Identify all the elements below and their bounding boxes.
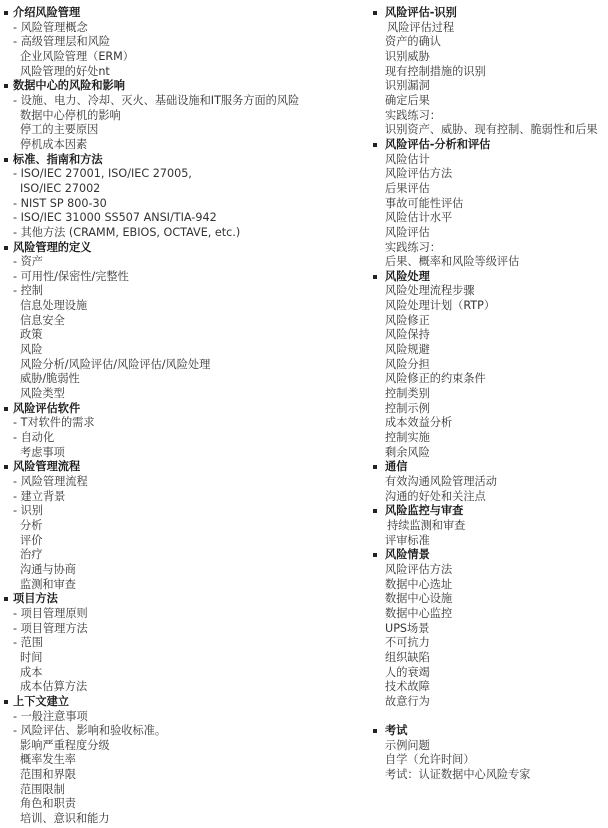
item-text: 风险修正的约束条件 [385, 372, 486, 385]
list-item: 控制实施 [366, 431, 608, 446]
item-text: 数据中心监控 [385, 607, 452, 620]
item-text: 风险评估-识别 [385, 6, 457, 19]
item-text: 自学（允许时间） [385, 753, 475, 766]
list-item: 企业风险管理（ERM） [0, 50, 340, 65]
list-item: - 范围 [0, 636, 340, 651]
list-item: 信息处理设施 [0, 299, 340, 314]
list-item: - 识别 [0, 504, 340, 519]
right-column: 风险评估-识别风险评估过程资产的确认识别威胁现有控制措施的识别识别漏洞确定后果实… [366, 6, 608, 783]
list-item: 监测和审查 [0, 578, 340, 593]
list-item: 概率发生率 [0, 753, 340, 768]
item-text: 通信 [385, 460, 407, 473]
item-text: 考虑事项 [20, 446, 65, 459]
item-text: 风险评估软件 [13, 402, 80, 415]
list-item: - 控制 [0, 284, 340, 299]
item-text: - 高级管理层和风险 [13, 35, 110, 48]
item-text: 剩余风险 [385, 446, 430, 459]
list-item: 信息安全 [0, 314, 340, 329]
list-item: 控制示例 [366, 402, 608, 417]
item-text: 故意行为 [385, 695, 430, 708]
list-item: 停工的主要原因 [0, 123, 340, 138]
item-text: 示例问题 [385, 739, 430, 752]
list-item: 事故可能性评估 [366, 197, 608, 212]
square-bullet-icon [4, 597, 8, 601]
list-item: 组织缺陷 [366, 651, 608, 666]
item-text: 企业风险管理（ERM） [20, 50, 134, 63]
section-heading: 风险处理 [366, 270, 608, 285]
item-text: 不可抗力 [385, 636, 430, 649]
item-text: - 可用性/保密性/完整性 [13, 270, 129, 283]
square-bullet-icon [373, 465, 377, 469]
item-text: 数据中心停机的影响 [20, 109, 121, 122]
section-heading: 项目方法 [0, 592, 340, 607]
item-text: 政策 [20, 328, 42, 341]
list-item: 现有控制措施的识别 [366, 65, 608, 80]
item-text: 信息安全 [20, 314, 65, 327]
list-item: 成本估算方法 [0, 680, 340, 695]
item-text: 风险规避 [385, 343, 430, 356]
item-text: 评审标准 [385, 534, 430, 547]
square-bullet-icon [4, 84, 8, 88]
item-text: 风险 [20, 343, 42, 356]
list-item: 治疗 [0, 548, 340, 563]
item-text: - 资产 [13, 255, 43, 268]
item-text: 确定后果 [385, 94, 430, 107]
list-item: 人的衰竭 [366, 666, 608, 681]
item-text: 持续监测和审查 [387, 519, 465, 532]
list-item: 持续监测和审查 [366, 519, 608, 534]
square-bullet-icon [373, 275, 377, 279]
square-bullet-icon [4, 700, 8, 704]
item-text: 识别漏洞 [385, 79, 430, 92]
item-text: 资产的确认 [385, 35, 441, 48]
list-item: - 一般注意事项 [0, 710, 340, 725]
list-item: 实践练习： [366, 241, 608, 256]
list-item: - 风险管理流程 [0, 475, 340, 490]
list-item: 成本 [0, 666, 340, 681]
item-text: 评价 [20, 534, 42, 547]
square-bullet-icon [4, 407, 8, 411]
list-item: - ISO/IEC 31000 SS507 ANSI/TIA-942 [0, 211, 340, 226]
list-item: - 其他方法 (CRAMM, EBIOS, OCTAVE, etc.) [0, 226, 340, 241]
item-text: 控制类别 [385, 387, 430, 400]
item-text: 风险管理的定义 [13, 241, 91, 254]
list-item: 后果、概率和风险等级评估 [366, 255, 608, 270]
item-text: - 识别 [13, 504, 43, 517]
item-text: 沟通的好处和关注点 [385, 490, 486, 503]
item-text: 标准、指南和方法 [13, 153, 103, 166]
list-item: 数据中心选址 [366, 578, 608, 593]
square-bullet-icon [373, 729, 377, 733]
item-text: - 风险管理概念 [13, 21, 88, 34]
list-item: 风险修正 [366, 314, 608, 329]
item-text: 概率发生率 [20, 753, 76, 766]
square-bullet-icon [4, 11, 8, 15]
list-item: 剩余风险 [366, 446, 608, 461]
item-text: 时间 [20, 651, 42, 664]
item-text: 培训、意识和能力 [20, 812, 110, 825]
list-item: 培训、意识和能力 [0, 812, 340, 827]
item-text: 人的衰竭 [385, 666, 430, 679]
list-item: 考试：认证数据中心风险专家 [366, 768, 608, 783]
item-text: 现有控制措施的识别 [385, 65, 486, 78]
list-item: - 设施、电力、冷却、灭火、基础设施和IT服务方面的风险 [0, 94, 340, 109]
item-text: 数据中心选址 [385, 578, 452, 591]
section-heading: 风险情景 [366, 548, 608, 563]
item-text: 停工的主要原因 [20, 123, 98, 136]
item-text: 沟通与协商 [20, 563, 76, 576]
item-text: 风险处理计划（RTP） [385, 299, 495, 312]
list-item: - 项目管理方法 [0, 622, 340, 637]
item-text: - 一般注意事项 [13, 710, 88, 723]
list-item: 后果评估 [366, 182, 608, 197]
item-text: 分析 [20, 519, 42, 532]
item-text: 风险评估 [385, 226, 430, 239]
item-text: 考试 [385, 724, 407, 737]
square-bullet-icon [373, 553, 377, 557]
list-item: 识别资产、威胁、现有控制、脆弱性和后果 [366, 123, 608, 138]
item-text: - 其他方法 (CRAMM, EBIOS, OCTAVE, etc.) [13, 226, 240, 239]
item-text: 风险情景 [385, 548, 430, 561]
item-text: 成本估算方法 [20, 680, 87, 693]
list-item: 时间 [0, 651, 340, 666]
list-item: 自学（允许时间） [366, 753, 608, 768]
item-text: - 范围 [13, 636, 43, 649]
item-text: 治疗 [20, 548, 42, 561]
item-text: 风险评估方法 [385, 563, 452, 576]
list-item: 数据中心停机的影响 [0, 109, 340, 124]
item-text: 风险类型 [20, 387, 65, 400]
list-item: 有效沟通风险管理活动 [366, 475, 608, 490]
list-item: - 建立背景 [0, 490, 340, 505]
item-text: 信息处理设施 [20, 299, 87, 312]
item-text: - 控制 [13, 284, 43, 297]
list-item: - 资产 [0, 255, 340, 270]
item-text: 识别威胁 [385, 50, 430, 63]
section-heading: 风险评估软件 [0, 402, 340, 417]
item-text: 后果评估 [385, 182, 430, 195]
list-item: 分析 [0, 519, 340, 534]
item-text: 影响严重程度分级 [20, 739, 110, 752]
list-item: 风险处理计划（RTP） [366, 299, 608, 314]
list-item: 风险评估方法 [366, 563, 608, 578]
square-bullet-icon [4, 246, 8, 250]
item-text: - 项目管理原则 [13, 607, 88, 620]
list-item: 示例问题 [366, 739, 608, 754]
list-item: 控制类别 [366, 387, 608, 402]
item-text: 上下文建立 [13, 695, 69, 708]
item-text: 威胁/脆弱性 [20, 372, 80, 385]
list-item: 评价 [0, 534, 340, 549]
item-text: 考试：认证数据中心风险专家 [385, 768, 530, 781]
list-item: 确定后果 [366, 94, 608, 109]
item-text: 停机成本因素 [20, 138, 87, 151]
list-item: 数据中心监控 [366, 607, 608, 622]
item-text: 控制实施 [385, 431, 430, 444]
list-item: 风险分析/风险评估/风险评估/风险处理 [0, 358, 340, 373]
list-item: 风险管理的好处nt [0, 65, 340, 80]
list-item: 不可抗力 [366, 636, 608, 651]
item-text: 风险修正 [385, 314, 430, 327]
list-item: 风险估计水平 [366, 211, 608, 226]
item-text: ISO/IEC 27002 [20, 182, 100, 195]
item-text: 实践练习： [385, 109, 441, 122]
list-item: - 自动化 [0, 431, 340, 446]
square-bullet-icon [4, 465, 8, 469]
section-heading: 风险管理流程 [0, 460, 340, 475]
item-text: 介绍风险管理 [13, 6, 80, 19]
list-item: 数据中心设施 [366, 592, 608, 607]
item-text: 风险监控与审查 [385, 504, 463, 517]
list-item: - ISO/IEC 27001, ISO/IEC 27005, [0, 167, 340, 182]
item-text: 范围和界限 [20, 768, 76, 781]
item-text: 风险处理流程步骤 [385, 284, 475, 297]
item-text: 角色和职责 [20, 797, 76, 810]
item-text: 事故可能性评估 [385, 197, 463, 210]
item-text: - 风险管理流程 [13, 475, 88, 488]
list-item: 评审标准 [366, 534, 608, 549]
list-item: - 风险管理概念 [0, 21, 340, 36]
list-item: 识别威胁 [366, 50, 608, 65]
section-heading: 标准、指南和方法 [0, 153, 340, 168]
item-text: 成本效益分析 [385, 416, 452, 429]
list-item: 沟通与协商 [0, 563, 340, 578]
square-bullet-icon [373, 509, 377, 513]
list-item: 风险估计 [366, 153, 608, 168]
list-item: 故意行为 [366, 695, 608, 710]
list-item: 资产的确认 [366, 35, 608, 50]
item-text: 监测和审查 [20, 578, 76, 591]
list-item: 风险修正的约束条件 [366, 372, 608, 387]
item-text: 识别资产、威胁、现有控制、脆弱性和后果 [385, 123, 598, 136]
item-text: 有效沟通风险管理活动 [385, 475, 497, 488]
section-heading: 介绍风险管理 [0, 6, 340, 21]
item-text: 数据中心的风险和影响 [13, 79, 125, 92]
square-bullet-icon [373, 143, 377, 147]
item-text: 组织缺陷 [385, 651, 430, 664]
list-item: 沟通的好处和关注点 [366, 490, 608, 505]
item-text: 风险处理 [385, 270, 430, 283]
list-item: 威胁/脆弱性 [0, 372, 340, 387]
section-heading: 风险管理的定义 [0, 241, 340, 256]
square-bullet-icon [4, 158, 8, 162]
item-text: - 设施、电力、冷却、灭火、基础设施和IT服务方面的风险 [13, 94, 299, 107]
list-item: 实践练习： [366, 109, 608, 124]
item-text: 风险估计水平 [385, 211, 452, 224]
list-item: 范围和界限 [0, 768, 340, 783]
item-text: - ISO/IEC 27001, ISO/IEC 27005, [13, 167, 192, 180]
section-heading: 风险评估-识别 [366, 6, 608, 21]
list-item: - 项目管理原则 [0, 607, 340, 622]
list-item: 考虑事项 [0, 446, 340, 461]
item-text: 控制示例 [385, 402, 430, 415]
square-bullet-icon [373, 11, 377, 15]
item-text: 后果、概率和风险等级评估 [385, 255, 519, 268]
item-text: 技术故障 [385, 680, 430, 693]
item-text: 风险分析/风险评估/风险评估/风险处理 [20, 358, 210, 371]
section-heading: 通信 [366, 460, 608, 475]
item-text: - 自动化 [13, 431, 54, 444]
item-text: UPS场景 [385, 622, 429, 635]
item-text: 风险保持 [385, 328, 430, 341]
list-item: 风险评估方法 [366, 167, 608, 182]
item-text: - NIST SP 800-30 [13, 197, 107, 210]
item-text: 风险估计 [385, 153, 430, 166]
section-heading: 风险评估-分析和评估 [366, 138, 608, 153]
item-text: 范围限制 [20, 783, 65, 796]
item-text: 数据中心设施 [385, 592, 452, 605]
list-item: 风险评估过程 [366, 21, 608, 36]
section-heading: 考试 [366, 724, 608, 739]
item-text: 风险管理流程 [13, 460, 80, 473]
list-item: - 风险评估、影响和验收标准。 [0, 724, 340, 739]
item-text: - 风险评估、影响和验收标准。 [13, 724, 166, 737]
list-item: 风险评估 [366, 226, 608, 241]
list-item: 影响严重程度分级 [0, 739, 340, 754]
list-item: 角色和职责 [0, 797, 340, 812]
list-item: UPS场景 [366, 622, 608, 637]
list-item: - 可用性/保密性/完整性 [0, 270, 340, 285]
item-text: 风险评估-分析和评估 [385, 138, 490, 151]
list-item: 范围限制 [0, 783, 340, 798]
item-text: - ISO/IEC 31000 SS507 ANSI/TIA-942 [13, 211, 217, 224]
item-text: 成本 [20, 666, 42, 679]
item-text: 实践练习： [385, 241, 441, 254]
list-item: 成本效益分析 [366, 416, 608, 431]
list-item: 停机成本因素 [0, 138, 340, 153]
item-text: 风险分担 [385, 358, 430, 371]
list-item: 政策 [0, 328, 340, 343]
section-heading: 数据中心的风险和影响 [0, 79, 340, 94]
section-heading: 上下文建立 [0, 695, 340, 710]
list-item: 识别漏洞 [366, 79, 608, 94]
list-item: 风险规避 [366, 343, 608, 358]
item-text: 风险评估过程 [387, 21, 454, 34]
item-text: 项目方法 [13, 592, 58, 605]
item-text: 风险管理的好处nt [20, 65, 110, 78]
section-heading: 风险监控与审查 [366, 504, 608, 519]
list-item: 风险保持 [366, 328, 608, 343]
list-item: ISO/IEC 27002 [0, 182, 340, 197]
list-item: 风险处理流程步骤 [366, 284, 608, 299]
left-column: 介绍风险管理- 风险管理概念- 高级管理层和风险企业风险管理（ERM）风险管理的… [0, 6, 340, 827]
list-item: 技术故障 [366, 680, 608, 695]
item-text: - T对软件的需求 [13, 416, 95, 429]
list-item: - NIST SP 800-30 [0, 197, 340, 212]
blank-line [366, 710, 608, 725]
list-item: 风险类型 [0, 387, 340, 402]
list-item: 风险 [0, 343, 340, 358]
item-text: 风险评估方法 [385, 167, 452, 180]
list-item: - T对软件的需求 [0, 416, 340, 431]
item-text: - 项目管理方法 [13, 622, 88, 635]
list-item: 风险分担 [366, 358, 608, 373]
list-item: - 高级管理层和风险 [0, 35, 340, 50]
item-text: - 建立背景 [13, 490, 65, 503]
